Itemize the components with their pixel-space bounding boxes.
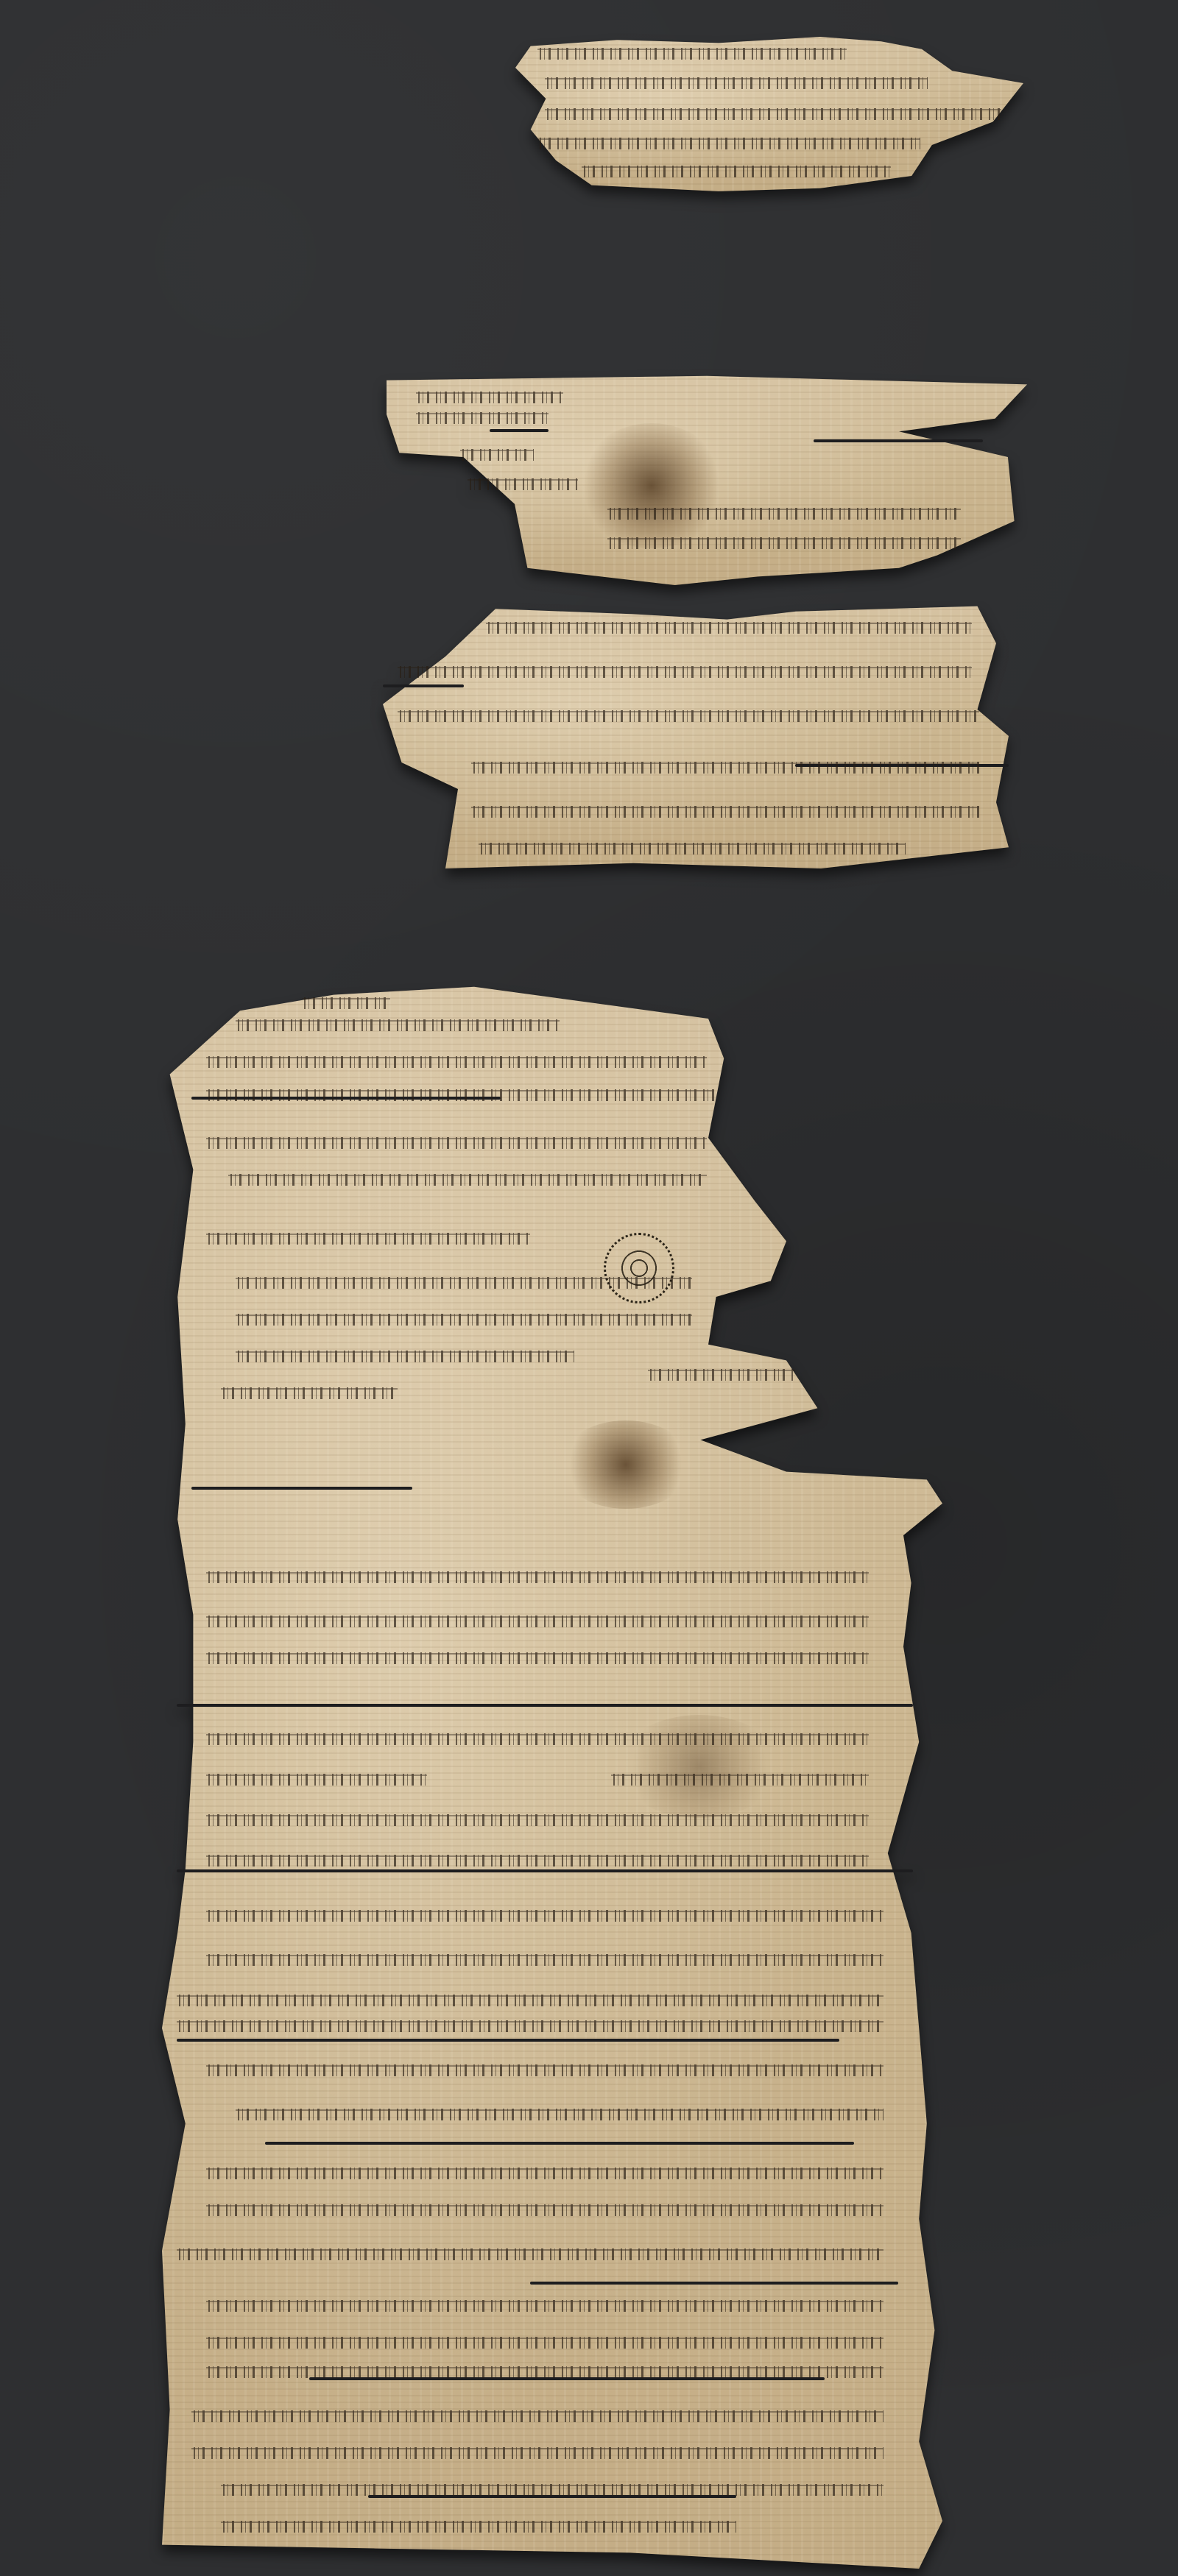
rosette-ornament: [604, 1233, 674, 1303]
knot-stain: [560, 1420, 692, 1509]
manuscript-fragment-1: [515, 37, 1023, 191]
stain-mark: [578, 423, 725, 548]
manuscript-fragment-4: [162, 979, 942, 2569]
manuscript-fragment-2: [387, 372, 1027, 585]
manuscript-fragment-3: [383, 604, 1009, 868]
